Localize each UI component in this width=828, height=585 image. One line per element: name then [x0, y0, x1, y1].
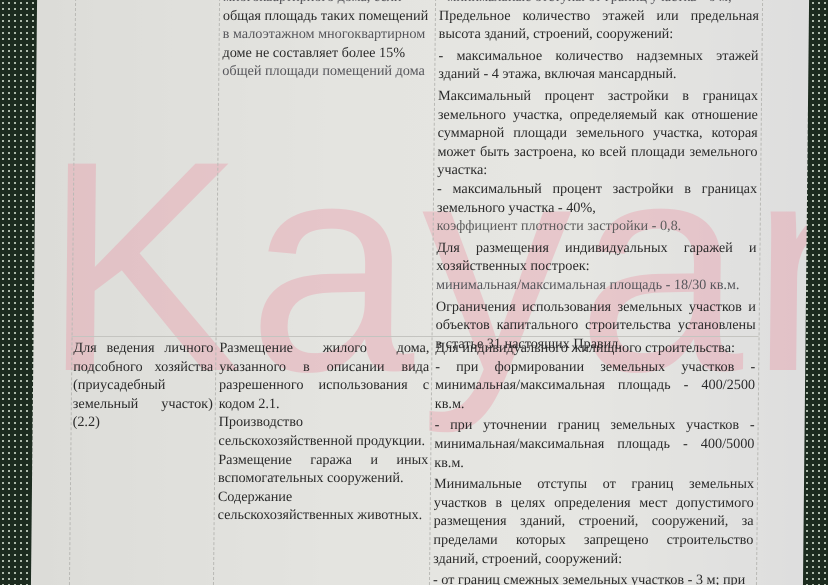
- document-page: Kayan многоквартирного дома, если общая …: [31, 0, 809, 585]
- parameter-item: - при уточнении границ земельных участко…: [434, 416, 755, 472]
- max-floors: - максимальное количество надземных этаж…: [438, 47, 758, 84]
- density-coefficient: коэффициент плотности застройки - 0,8.: [437, 217, 757, 236]
- parameter-item: - при формировании земельных участков - …: [435, 358, 756, 414]
- garage-heading: Для размещения индивидуальных гаражей и …: [436, 239, 756, 276]
- table-cell-description: Размещение жилого дома, указанного в опи…: [218, 339, 430, 525]
- background-fabric-left: [0, 0, 36, 585]
- description-item: Производство сельскохозяйственной продук…: [218, 413, 428, 450]
- use-type-text: Для ведения личного подсобного хозяйства…: [73, 339, 214, 432]
- text-line: в малоэтажном многоквартирном: [223, 25, 433, 44]
- table-cell-parameters-continued: - минимальные отступы от границ участка …: [435, 0, 759, 353]
- garage-area: минимальная/максимальная площадь - 18/30…: [436, 276, 756, 295]
- table-cell-use-type: Для ведения личного подсобного хозяйства…: [73, 339, 214, 432]
- description-item: Размещение жилого дома, указанного в опи…: [219, 339, 430, 413]
- table-border-left: [69, 0, 76, 585]
- setback-line: - минимальные отступы от границ участка …: [439, 0, 759, 7]
- text-line: многоквартирного дома, если: [223, 0, 433, 7]
- description-item: Размещение гаража и иных вспомогательных…: [218, 451, 428, 488]
- description-item: Содержание сельскохозяйственных животных…: [218, 488, 428, 525]
- table-cell-parameters: Для индивидуального жилищного строительс…: [433, 339, 756, 585]
- parameter-item: Для индивидуального жилищного строительс…: [435, 339, 755, 358]
- coverage-heading: Максимальный процент застройки в граница…: [437, 87, 758, 180]
- parameter-item: Минимальные отступы от границ земельных …: [433, 475, 754, 568]
- floors-heading: Предельное количество этажей или предель…: [439, 7, 759, 44]
- text-line: общей площади помещений дома: [222, 62, 432, 81]
- parameter-item: - от границ смежных земельных участков -…: [433, 571, 753, 585]
- max-coverage: - максимальный процент застройки в грани…: [437, 180, 757, 217]
- table-cell-description-continued: многоквартирного дома, если общая площад…: [222, 0, 433, 81]
- text-line: общая площадь таких помещений: [223, 7, 433, 26]
- text-line: доме не составляет более 15%: [222, 44, 432, 63]
